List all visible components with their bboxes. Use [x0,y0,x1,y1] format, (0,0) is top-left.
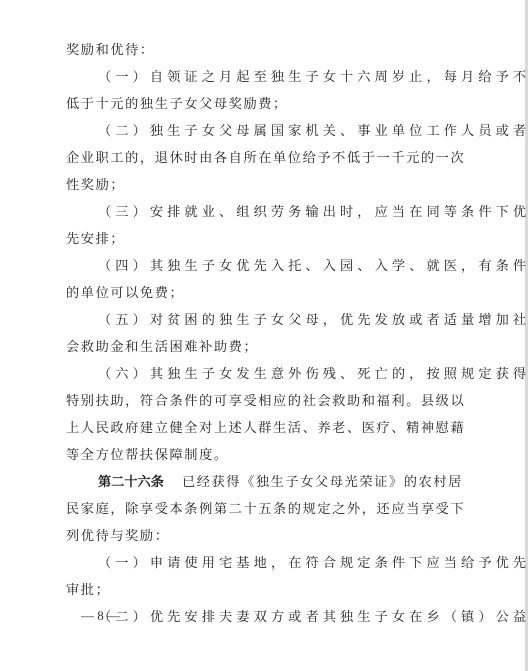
text-line: 性奖励； [66,172,450,199]
text-line: 特别扶助，符合条件的可享受相应的社会救助和福利。县级以 [66,388,450,415]
text-line: 等全方位帮扶保障制度。 [66,442,450,469]
text-line: （一）自领证之月起至独生子女十六周岁止，每月给予不 [66,64,450,91]
text-line: 奖励和优待： [66,37,450,64]
text-line: （五）对贫困的独生子女父母，优先发放或者适量增加社 [66,307,450,334]
text-line: 的单位可以免费； [66,280,450,307]
text-line: 低于十元的独生子女父母奖励费； [66,91,450,118]
text-line: （二）独生子女父母属国家机关、事业单位工作人员或者 [66,118,450,145]
text-line: （四）其独生子女优先入托、入园、入学、就医，有条件 [66,253,450,280]
text-line: 审批； [66,577,450,604]
text-line: 会救助金和生活困难补助费； [66,334,450,361]
document-body: 奖励和优待： （一）自领证之月起至独生子女十六周岁止，每月给予不 低于十元的独生… [66,37,450,631]
text-line: 列优待与奖励： [66,523,450,550]
article-heading: 第二十六条 [98,475,164,490]
text-line: 民家庭，除享受本条例第二十五条的规定之外，还应当享受下 [66,496,450,523]
article-26-line: 第二十六条已经获得《独生子女父母光荣证》的农村居 [66,469,450,496]
text-line: （一）申请使用宅基地，在符合规定条件下应当给予优先 [66,550,450,577]
page-number: — 8 — [81,608,120,624]
text-line: 上人民政府建立健全对上述人群生活、养老、医疗、精神慰藉 [66,415,450,442]
text-line: （三）安排就业、组织劳务输出时，应当在同等条件下优 [66,199,450,226]
text-line: 先安排； [66,226,450,253]
text-line: （六）其独生子女发生意外伤残、死亡的，按照规定获得 [66,361,450,388]
text-line: 已经获得《独生子女父母光荣证》的农村居 [182,475,463,490]
text-line: 企业职工的，退休时由各自所在单位给予不低于一千元的一次 [66,145,450,172]
text-line: （二）优先安排夫妻双方或者其独生子女在乡（镇）公益 [66,604,450,631]
